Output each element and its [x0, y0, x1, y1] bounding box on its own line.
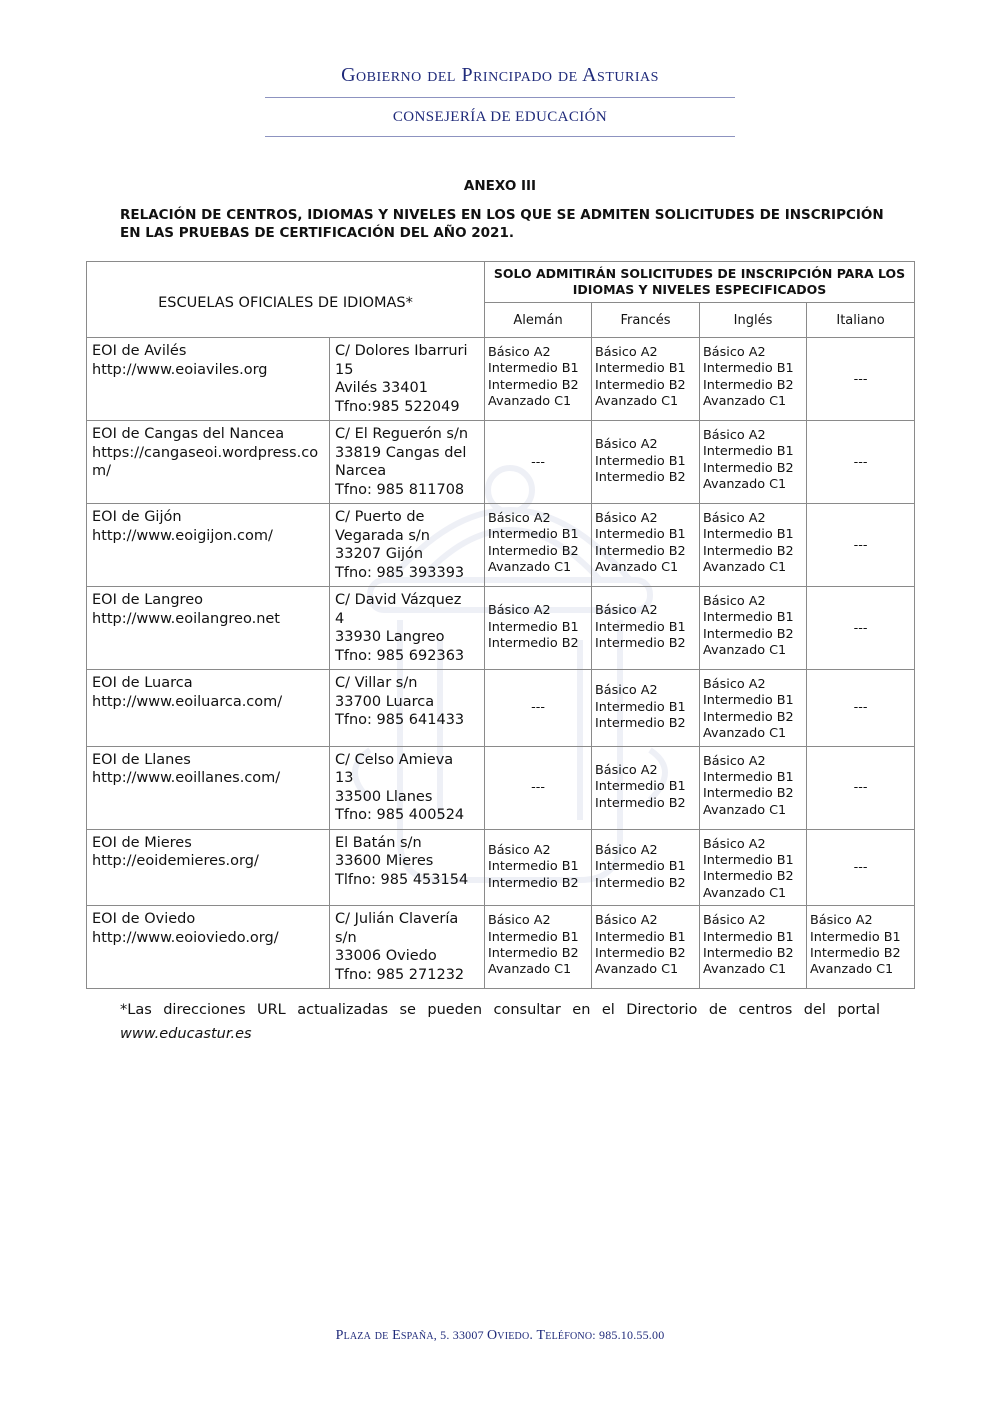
- level-item: Intermedio B1: [810, 930, 911, 946]
- school-name: EOI de Langreo: [92, 591, 324, 610]
- address-line: 13: [335, 769, 479, 788]
- levels-frances: Básico A2Intermedio B1Intermedio B2: [592, 587, 700, 670]
- department-title: CONSEJERÍA DE EDUCACIÓN: [265, 107, 735, 127]
- level-item: Intermedio B2: [810, 946, 911, 962]
- address-line: Tlfno: 985 453154: [335, 871, 479, 890]
- address-line: Tfno:985 522049: [335, 398, 479, 417]
- level-item: Intermedio B2: [595, 796, 696, 812]
- school-name: EOI de Llanes: [92, 751, 324, 770]
- school-address: C/ David Vázquez433930 LangreoTfno: 985 …: [330, 587, 485, 670]
- level-item: Básico A2: [703, 428, 803, 444]
- level-item: Intermedio B1: [488, 527, 588, 543]
- table-row: EOI de Luarcahttp://www.eoiluarca.com/C/…: [87, 670, 915, 747]
- level-item: Básico A2: [703, 913, 803, 929]
- address-line: Tfno: 985 271232: [335, 966, 479, 985]
- school-address: El Batán s/n33600 MieresTlfno: 985 45315…: [330, 829, 485, 906]
- level-item: Intermedio B1: [595, 859, 696, 875]
- level-item: Avanzado C1: [703, 726, 803, 742]
- address-line: El Batán s/n: [335, 834, 479, 853]
- school-address: C/ Celso Amieva1333500 LlanesTfno: 985 4…: [330, 746, 485, 829]
- level-item: Intermedio B1: [595, 930, 696, 946]
- levels-italiano: ---: [807, 338, 915, 421]
- level-item: Intermedio B1: [703, 770, 803, 786]
- level-item: Intermedio B2: [595, 876, 696, 892]
- level-item: Básico A2: [703, 594, 803, 610]
- level-item: Intermedio B2: [703, 946, 803, 962]
- level-item: Intermedio B2: [595, 470, 696, 486]
- levels-italiano: ---: [807, 587, 915, 670]
- school-url[interactable]: http://eoidemieres.org/: [92, 852, 324, 871]
- table-row: EOI de Cangas del Nanceahttps://cangaseo…: [87, 421, 915, 504]
- level-item: Intermedio B1: [703, 930, 803, 946]
- level-item: Avanzado C1: [595, 394, 696, 410]
- table-row: EOI de Llaneshttp://www.eoillanes.com/C/…: [87, 746, 915, 829]
- level-item: Básico A2: [703, 837, 803, 853]
- level-item: Avanzado C1: [703, 962, 803, 978]
- address-line: 33500 Llanes: [335, 788, 479, 807]
- footer-phone-label: . Teléfono: [529, 1328, 592, 1343]
- school-address: C/ Villar s/n33700 LuarcaTfno: 985 64143…: [330, 670, 485, 747]
- level-item: Intermedio B1: [488, 361, 588, 377]
- school-url[interactable]: http://www.eoilangreo.net: [92, 610, 324, 629]
- school-name: EOI de Luarca: [92, 674, 324, 693]
- level-item: Básico A2: [703, 677, 803, 693]
- table-row: EOI de Oviedohttp://www.eoioviedo.org/C/…: [87, 906, 915, 989]
- school-cell: EOI de Oviedohttp://www.eoioviedo.org/: [87, 906, 330, 989]
- level-item: Intermedio B2: [703, 869, 803, 885]
- address-line: 4: [335, 610, 479, 629]
- levels-ingles: Básico A2Intermedio B1Intermedio B2Avanz…: [700, 746, 807, 829]
- address-line: Narcea: [335, 462, 479, 481]
- levels-frances: Básico A2Intermedio B1Intermedio B2: [592, 746, 700, 829]
- footnote: *Las direcciones URL actualizadas se pue…: [120, 996, 880, 1024]
- level-item: Básico A2: [595, 683, 696, 699]
- table-row: EOI de Aviléshttp://www.eoiaviles.orgC/ …: [87, 338, 915, 421]
- school-url[interactable]: http://www.eoioviedo.org/: [92, 929, 324, 948]
- level-item: Básico A2: [488, 603, 588, 619]
- page-footer: Plaza de España, 5. 33007 Oviedo. Teléfo…: [0, 1328, 1000, 1344]
- footer-address-label: Plaza de España: [336, 1328, 434, 1343]
- levels-aleman: Básico A2Intermedio B1Intermedio B2: [485, 829, 592, 906]
- address-line: Tfno: 985 641433: [335, 711, 479, 730]
- level-item: Avanzado C1: [488, 560, 588, 576]
- level-item: Avanzado C1: [703, 560, 803, 576]
- level-item: Básico A2: [595, 511, 696, 527]
- footer-phone: : 985.10.55.00: [592, 1328, 664, 1342]
- address-line: Tfno: 985 811708: [335, 481, 479, 500]
- government-title: Gobierno del Principado de Asturias: [265, 58, 735, 92]
- levels-aleman: Básico A2Intermedio B1Intermedio B2Avanz…: [485, 504, 592, 587]
- address-line: 33819 Cangas del: [335, 444, 479, 463]
- address-line: Avilés 33401: [335, 379, 479, 398]
- language-header-aleman: Alemán: [485, 303, 592, 338]
- levels-italiano: ---: [807, 421, 915, 504]
- school-address: C/ Dolores Ibarruri15Avilés 33401Tfno:98…: [330, 338, 485, 421]
- school-url[interactable]: http://www.eoiluarca.com/: [92, 693, 324, 712]
- address-line: Vegarada s/n: [335, 527, 479, 546]
- school-url[interactable]: http://www.eoillanes.com/: [92, 769, 324, 788]
- level-item: Avanzado C1: [703, 477, 803, 493]
- level-item: Básico A2: [595, 603, 696, 619]
- level-item: Básico A2: [595, 913, 696, 929]
- levels-ingles: Básico A2Intermedio B1Intermedio B2Avanz…: [700, 421, 807, 504]
- levels-italiano: ---: [807, 504, 915, 587]
- level-item: Intermedio B2: [595, 378, 696, 394]
- level-item: Intermedio B1: [595, 361, 696, 377]
- level-item: Intermedio B1: [595, 779, 696, 795]
- language-header-ingles: Inglés: [700, 303, 807, 338]
- levels-italiano: Básico A2Intermedio B1Intermedio B2Avanz…: [807, 906, 915, 989]
- address-line: 33930 Langreo: [335, 628, 479, 647]
- level-item: Intermedio B2: [595, 946, 696, 962]
- levels-aleman: Básico A2Intermedio B1Intermedio B2: [485, 587, 592, 670]
- table-row: EOI de Miereshttp://eoidemieres.org/El B…: [87, 829, 915, 906]
- language-header-frances: Francés: [592, 303, 700, 338]
- school-cell: EOI de Cangas del Nanceahttps://cangaseo…: [87, 421, 330, 504]
- level-item: Básico A2: [810, 913, 911, 929]
- level-item: Avanzado C1: [810, 962, 911, 978]
- footer-city: Oviedo: [487, 1328, 529, 1343]
- levels-aleman: Básico A2Intermedio B1Intermedio B2Avanz…: [485, 906, 592, 989]
- school-name: EOI de Mieres: [92, 834, 324, 853]
- levels-ingles: Básico A2Intermedio B1Intermedio B2Avanz…: [700, 670, 807, 747]
- school-name: EOI de Cangas del Nancea: [92, 425, 324, 444]
- school-name: EOI de Avilés: [92, 342, 324, 361]
- level-item: Avanzado C1: [703, 394, 803, 410]
- table-row: EOI de Langreohttp://www.eoilangreo.netC…: [87, 587, 915, 670]
- levels-frances: Básico A2Intermedio B1Intermedio B2: [592, 421, 700, 504]
- level-item: Avanzado C1: [703, 643, 803, 659]
- level-item: Intermedio B2: [703, 627, 803, 643]
- level-item: Intermedio B1: [703, 527, 803, 543]
- address-line: C/ Celso Amieva: [335, 751, 479, 770]
- level-item: Intermedio B1: [595, 454, 696, 470]
- schools-column-header: ESCUELAS OFICIALES DE IDIOMAS*: [87, 262, 485, 338]
- level-item: Básico A2: [703, 345, 803, 361]
- levels-frances: Básico A2Intermedio B1Intermedio B2Avanz…: [592, 338, 700, 421]
- school-cell: EOI de Gijónhttp://www.eoigijon.com/: [87, 504, 330, 587]
- languages-column-header: SOLO ADMITIRÁN SOLICITUDES DE INSCRIPCIÓ…: [485, 262, 915, 303]
- level-item: Intermedio B2: [703, 378, 803, 394]
- school-cell: EOI de Aviléshttp://www.eoiaviles.org: [87, 338, 330, 421]
- levels-ingles: Básico A2Intermedio B1Intermedio B2Avanz…: [700, 829, 807, 906]
- address-line: C/ Dolores Ibarruri: [335, 342, 479, 361]
- level-item: Básico A2: [488, 843, 588, 859]
- school-address: C/ El Reguerón s/n33819 Cangas delNarcea…: [330, 421, 485, 504]
- level-item: Intermedio B1: [703, 693, 803, 709]
- level-item: Avanzado C1: [703, 886, 803, 902]
- level-item: Básico A2: [703, 511, 803, 527]
- level-item: Intermedio B1: [595, 620, 696, 636]
- address-line: C/ Puerto de: [335, 508, 479, 527]
- level-item: Intermedio B2: [703, 710, 803, 726]
- school-cell: EOI de Langreohttp://www.eoilangreo.net: [87, 587, 330, 670]
- levels-italiano: ---: [807, 746, 915, 829]
- address-line: 33207 Gijón: [335, 545, 479, 564]
- levels-ingles: Básico A2Intermedio B1Intermedio B2Avanz…: [700, 338, 807, 421]
- level-item: Intermedio B2: [488, 946, 588, 962]
- level-item: Intermedio B1: [488, 930, 588, 946]
- address-line: Tfno: 985 692363: [335, 647, 479, 666]
- level-item: Básico A2: [488, 913, 588, 929]
- levels-frances: Básico A2Intermedio B1Intermedio B2: [592, 829, 700, 906]
- address-line: 33700 Luarca: [335, 693, 479, 712]
- level-item: Intermedio B2: [595, 716, 696, 732]
- levels-italiano: ---: [807, 829, 915, 906]
- letterhead-divider-bottom: [265, 136, 735, 137]
- level-item: Básico A2: [595, 763, 696, 779]
- levels-aleman: ---: [485, 746, 592, 829]
- level-item: Avanzado C1: [703, 803, 803, 819]
- level-item: Básico A2: [595, 843, 696, 859]
- letterhead: Gobierno del Principado de Asturias CONS…: [265, 58, 735, 137]
- level-item: Avanzado C1: [488, 962, 588, 978]
- address-line: Tfno: 985 393393: [335, 564, 479, 583]
- levels-frances: Básico A2Intermedio B1Intermedio B2Avanz…: [592, 906, 700, 989]
- levels-frances: Básico A2Intermedio B1Intermedio B2Avanz…: [592, 504, 700, 587]
- level-item: Intermedio B2: [703, 786, 803, 802]
- levels-ingles: Básico A2Intermedio B1Intermedio B2Avanz…: [700, 587, 807, 670]
- language-header-italiano: Italiano: [807, 303, 915, 338]
- levels-italiano: ---: [807, 670, 915, 747]
- school-url[interactable]: http://www.eoigijon.com/: [92, 527, 324, 546]
- table-row: EOI de Gijónhttp://www.eoigijon.com/C/ P…: [87, 504, 915, 587]
- level-item: Avanzado C1: [595, 560, 696, 576]
- school-cell: EOI de Miereshttp://eoidemieres.org/: [87, 829, 330, 906]
- address-line: C/ Julián Clavería: [335, 910, 479, 929]
- annex-label: ANEXO III: [0, 178, 1000, 194]
- level-item: Intermedio B2: [488, 378, 588, 394]
- level-item: Intermedio B1: [703, 853, 803, 869]
- address-line: 33600 Mieres: [335, 852, 479, 871]
- levels-ingles: Básico A2Intermedio B1Intermedio B2Avanz…: [700, 504, 807, 587]
- level-item: Intermedio B1: [595, 700, 696, 716]
- address-line: C/ Villar s/n: [335, 674, 479, 693]
- level-item: Intermedio B2: [595, 544, 696, 560]
- levels-frances: Básico A2Intermedio B1Intermedio B2: [592, 670, 700, 747]
- level-item: Intermedio B1: [703, 610, 803, 626]
- address-line: 15: [335, 361, 479, 380]
- level-item: Intermedio B2: [703, 461, 803, 477]
- school-address: C/ Julián Claverías/n33006 OviedoTfno: 9…: [330, 906, 485, 989]
- school-name: EOI de Oviedo: [92, 910, 324, 929]
- address-line: C/ El Reguerón s/n: [335, 425, 479, 444]
- level-item: Intermedio B1: [595, 527, 696, 543]
- footnote-link[interactable]: www.educastur.es: [120, 1024, 252, 1044]
- school-name: EOI de Gijón: [92, 508, 324, 527]
- school-url[interactable]: http://www.eoiaviles.org: [92, 361, 324, 380]
- level-item: Básico A2: [488, 345, 588, 361]
- level-item: Intermedio B1: [703, 444, 803, 460]
- school-cell: EOI de Llaneshttp://www.eoillanes.com/: [87, 746, 330, 829]
- level-item: Intermedio B2: [595, 636, 696, 652]
- level-item: Avanzado C1: [595, 962, 696, 978]
- levels-aleman: ---: [485, 421, 592, 504]
- level-item: Intermedio B1: [488, 620, 588, 636]
- address-line: 33006 Oviedo: [335, 947, 479, 966]
- address-line: C/ David Vázquez: [335, 591, 479, 610]
- level-item: Básico A2: [488, 511, 588, 527]
- level-item: Intermedio B2: [488, 544, 588, 560]
- levels-ingles: Básico A2Intermedio B1Intermedio B2Avanz…: [700, 906, 807, 989]
- level-item: Básico A2: [595, 345, 696, 361]
- address-line: s/n: [335, 929, 479, 948]
- level-item: Intermedio B1: [488, 859, 588, 875]
- document-heading: RELACIÓN DE CENTROS, IDIOMAS Y NIVELES E…: [120, 206, 890, 242]
- school-url[interactable]: https://cangaseoi.wordpress.com/: [92, 444, 324, 481]
- levels-aleman: Básico A2Intermedio B1Intermedio B2Avanz…: [485, 338, 592, 421]
- level-item: Intermedio B1: [703, 361, 803, 377]
- level-item: Básico A2: [595, 437, 696, 453]
- school-cell: EOI de Luarcahttp://www.eoiluarca.com/: [87, 670, 330, 747]
- levels-aleman: ---: [485, 670, 592, 747]
- schools-table: ESCUELAS OFICIALES DE IDIOMAS* SOLO ADMI…: [86, 261, 915, 989]
- level-item: Básico A2: [703, 754, 803, 770]
- school-address: C/ Puerto deVegarada s/n33207 GijónTfno:…: [330, 504, 485, 587]
- level-item: Intermedio B2: [488, 636, 588, 652]
- level-item: Intermedio B2: [488, 876, 588, 892]
- level-item: Intermedio B2: [703, 544, 803, 560]
- level-item: Avanzado C1: [488, 394, 588, 410]
- letterhead-divider: [265, 97, 735, 98]
- footer-address: , 5. 33007: [434, 1328, 487, 1342]
- address-line: Tfno: 985 400524: [335, 806, 479, 825]
